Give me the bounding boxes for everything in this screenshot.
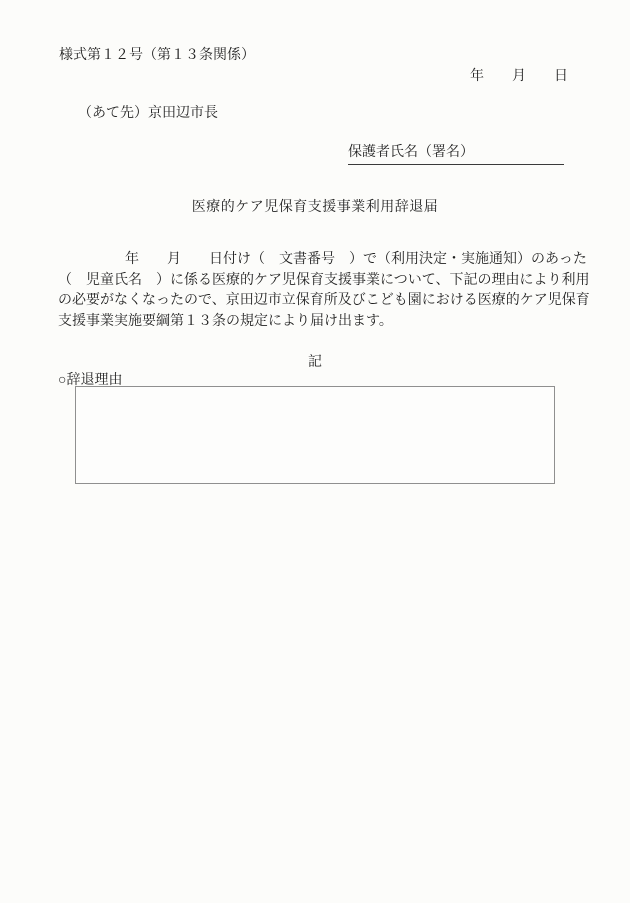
withdrawal-notification-form: 様式第１２号（第１３条関係） 年 月 日 （あて先）京田辺市長 保護者氏名（署名… — [0, 0, 630, 903]
body-line-1: 年 月 日付け（ 文書番号 ）で（利用決定・実施通知）のあった — [58, 250, 574, 271]
date-blank-line: 年 月 日 — [470, 65, 568, 85]
document-title: 医療的ケア児保育支援事業利用辞退届 — [0, 196, 630, 216]
body-paragraph: 年 月 日付け（ 文書番号 ）で（利用決定・実施通知）のあった （ 児童氏名 ）… — [58, 250, 574, 333]
body-line-3: の必要がなくなったので、京田辺市立保育所及びこども園における医療的ケア児保育 — [58, 291, 574, 312]
body-line-4: 支援事業実施要綱第１３条の規定により届け出ます。 — [58, 312, 574, 333]
form-number-label: 様式第１２号（第１３条関係） — [59, 44, 255, 64]
addressee-label: （あて先）京田辺市長 — [78, 102, 218, 122]
guardian-signature-field[interactable]: 保護者氏名（署名） — [348, 141, 564, 165]
guardian-signature-label: 保護者氏名（署名） — [348, 145, 474, 160]
withdrawal-reason-input-box[interactable] — [75, 386, 555, 484]
list-marker-ki: 記 — [0, 351, 630, 371]
body-line-2: （ 児童氏名 ）に係る医療的ケア児保育支援事業について、下記の理由により利用 — [58, 271, 574, 292]
